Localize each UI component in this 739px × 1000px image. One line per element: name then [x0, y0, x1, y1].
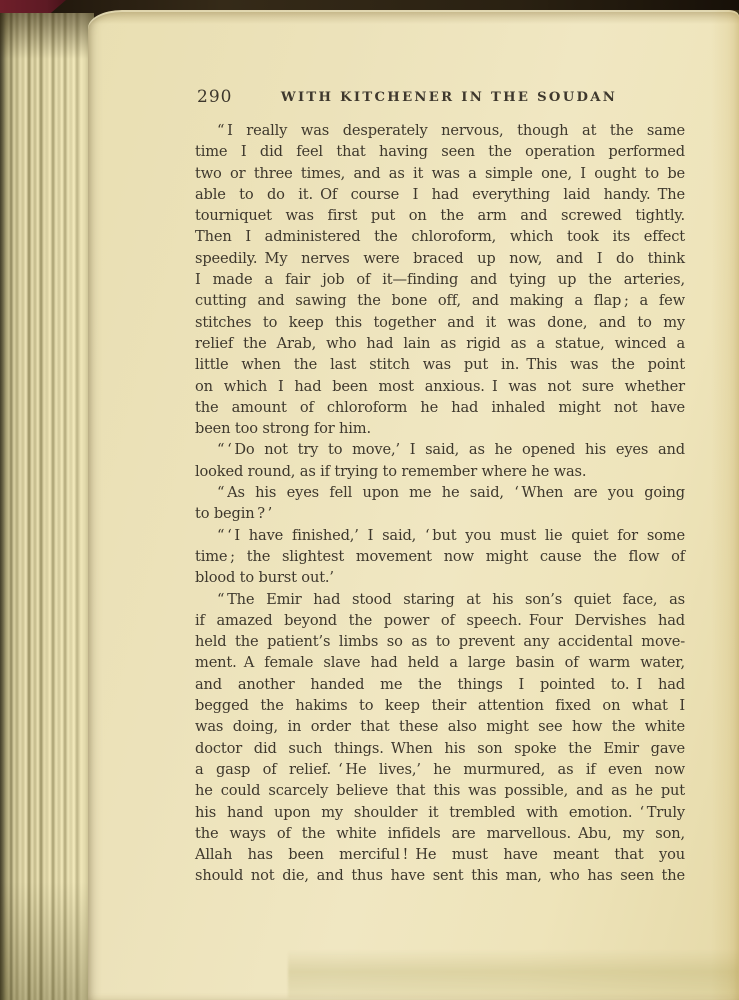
page-edge-stack	[0, 13, 94, 1000]
text-line: relief the Arab, who had lain as rigid a…	[195, 333, 685, 354]
text-line: a gasp of relief. ‘ He lives,’ he murmur…	[195, 759, 685, 780]
text-line: “ ‘ Do not try to move,’ I said, as he o…	[195, 439, 685, 460]
text-line: able to do it. Of course I had everythin…	[195, 184, 685, 205]
text-line: been too strong for him.	[195, 418, 685, 439]
text-line: if amazed beyond the power of speech. Fo…	[195, 610, 685, 631]
text-line: the amount of chloroform he had inhaled …	[195, 397, 685, 418]
text-line: and another handed me the things I point…	[195, 674, 685, 695]
text-line: begged the hakims to keep their attentio…	[195, 695, 685, 716]
page-text: “ I really was desperately nervous, thou…	[195, 120, 685, 887]
text-line: Then I administered the chloroform, whic…	[195, 226, 685, 247]
text-line: stitches to keep this together and it wa…	[195, 312, 685, 333]
text-line: he could scarcely believe that this was …	[195, 780, 685, 801]
text-line: blood to burst out.’	[195, 567, 685, 588]
text-line: looked round, as if trying to remember w…	[195, 461, 685, 482]
text-line: to begin ? ’	[195, 503, 685, 524]
scan-artifact-band	[288, 950, 739, 998]
page-header: 290 WITH KITCHENER IN THE SOUDAN	[195, 86, 687, 110]
text-line: held the patient’s limbs so as to preven…	[195, 631, 685, 652]
text-line: “ ‘ I have finished,’ I said, ‘ but you …	[195, 525, 685, 546]
text-line: should not die, and thus have sent this …	[195, 865, 685, 886]
text-line: the ways of the white infidels are marve…	[195, 823, 685, 844]
text-line: time I did feel that having seen the ope…	[195, 141, 685, 162]
text-line: “ As his eyes fell upon me he said, ‘ Wh…	[195, 482, 685, 503]
text-line: on which I had been most anxious. I was …	[195, 376, 685, 397]
book-page: 290 WITH KITCHENER IN THE SOUDAN “ I rea…	[88, 10, 739, 1000]
text-line: two or three times, and as it was a simp…	[195, 163, 685, 184]
book-scan: 290 WITH KITCHENER IN THE SOUDAN “ I rea…	[0, 0, 739, 1000]
text-line: doctor did such things. When his son spo…	[195, 738, 685, 759]
text-line: I made a fair job of it—finding and tyin…	[195, 269, 685, 290]
text-line: speedily. My nerves were braced up now, …	[195, 248, 685, 269]
text-line: “ I really was desperately nervous, thou…	[195, 120, 685, 141]
text-line: cutting and sawing the bone off, and mak…	[195, 290, 685, 311]
text-line: “ The Emir had stood staring at his son’…	[195, 589, 685, 610]
running-title: WITH KITCHENER IN THE SOUDAN	[195, 86, 687, 105]
text-line: was doing, in order that these also migh…	[195, 716, 685, 737]
page-number: 290	[197, 87, 232, 107]
text-line: little when the last stitch was put in. …	[195, 354, 685, 375]
text-line: Allah has been merciful ! He must have m…	[195, 844, 685, 865]
text-line: ment. A female slave had held a large ba…	[195, 652, 685, 673]
text-line: his hand upon my shoulder it trembled wi…	[195, 802, 685, 823]
text-line: tourniquet was first put on the arm and …	[195, 205, 685, 226]
text-line: time ; the slightest movement now might …	[195, 546, 685, 567]
